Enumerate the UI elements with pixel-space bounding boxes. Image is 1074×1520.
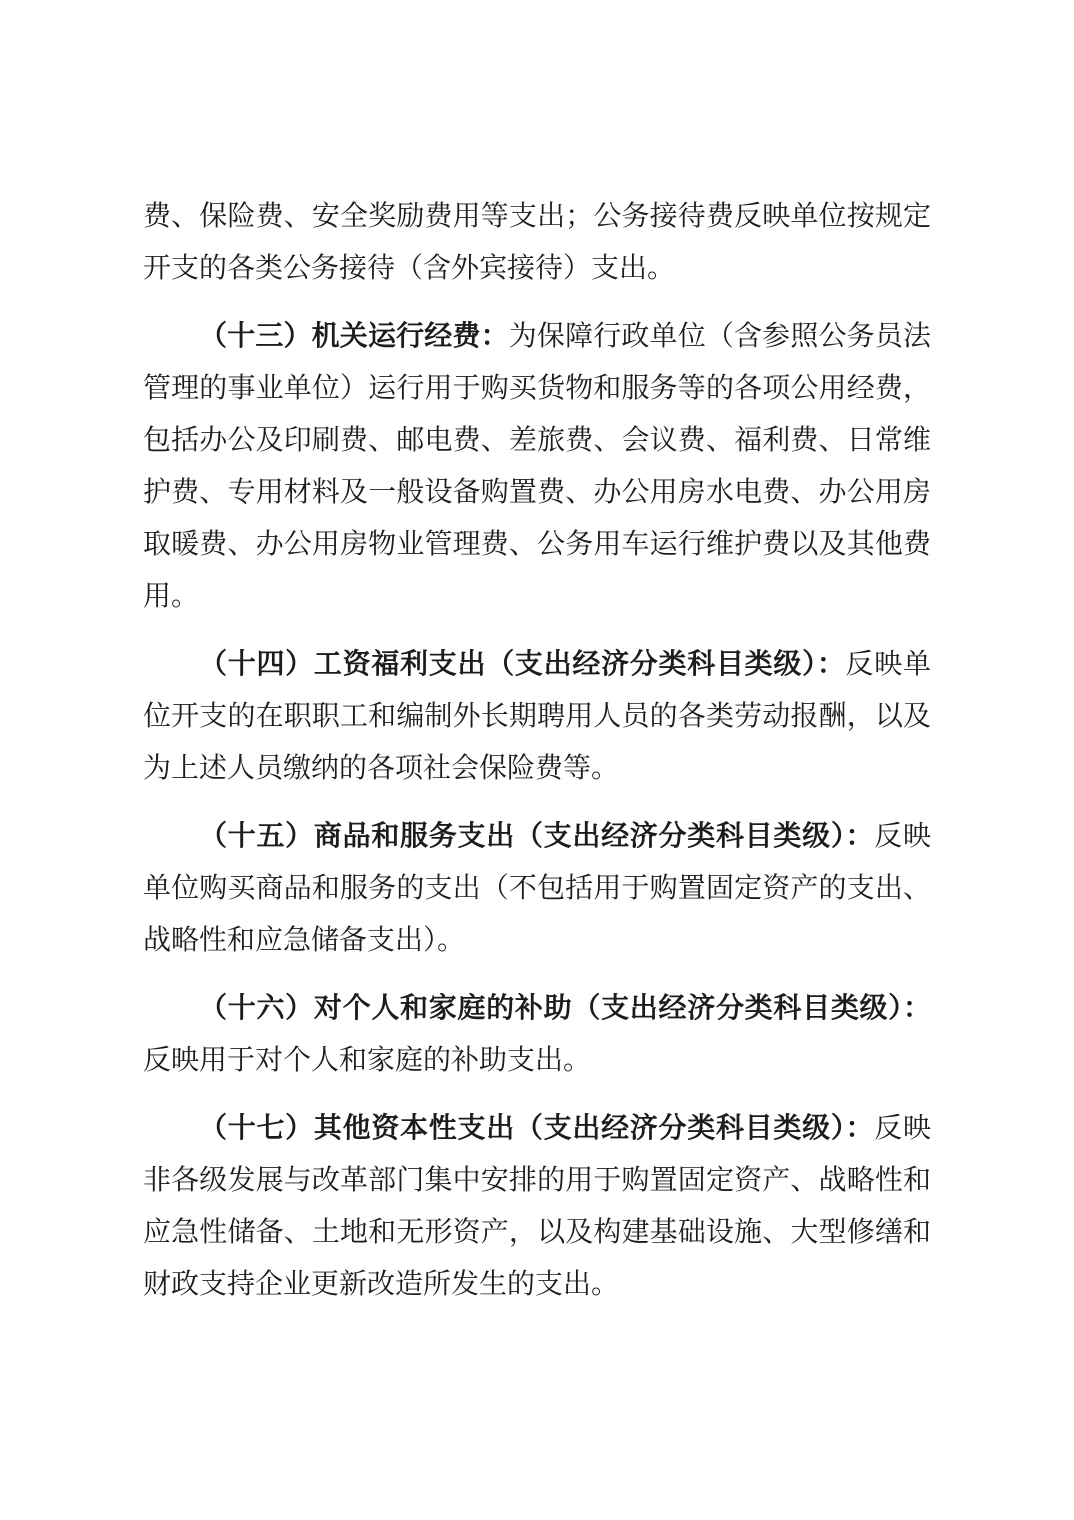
paragraph: （十三）机关运行经费：为保障行政单位（含参照公务员法管理的事业单位）运行用于购买… — [143, 311, 931, 623]
paragraph-lead: （十四）工资福利支出（支出经济分类科目类级）： — [199, 649, 846, 680]
document-text-block: 费、保险费、安全奖励费用等支出；公务接待费反映单位按规定开支的各类公务接待（含外… — [143, 191, 931, 1311]
paragraph: 费、保险费、安全奖励费用等支出；公务接待费反映单位按规定开支的各类公务接待（含外… — [143, 191, 931, 295]
paragraph: （十四）工资福利支出（支出经济分类科目类级）：反映单位开支的在职职工和编制外长期… — [143, 639, 931, 795]
paragraph-lead: （十三）机关运行经费： — [199, 321, 509, 352]
paragraph: （十五）商品和服务支出（支出经济分类科目类级）：反映单位购买商品和服务的支出（不… — [143, 811, 931, 967]
paragraph-lead: （十七）其他资本性支出（支出经济分类科目类级）： — [199, 1113, 874, 1144]
document-page: 费、保险费、安全奖励费用等支出；公务接待费反映单位按规定开支的各类公务接待（含外… — [0, 0, 1074, 1520]
paragraph-lead: （十五）商品和服务支出（支出经济分类科目类级）： — [199, 821, 874, 852]
paragraph-lead: （十六）对个人和家庭的补助（支出经济分类科目类级）： — [199, 993, 931, 1024]
paragraph: （十六）对个人和家庭的补助（支出经济分类科目类级）：反映用于对个人和家庭的补助支… — [143, 983, 931, 1087]
paragraph-body: 费、保险费、安全奖励费用等支出；公务接待费反映单位按规定开支的各类公务接待（含外… — [143, 201, 931, 284]
paragraph: （十七）其他资本性支出（支出经济分类科目类级）：反映非各级发展与改革部门集中安排… — [143, 1103, 931, 1311]
paragraph-body: 反映用于对个人和家庭的补助支出。 — [143, 1045, 591, 1076]
paragraph-body: 为保障行政单位（含参照公务员法管理的事业单位）运行用于购买货物和服务等的各项公用… — [143, 321, 931, 612]
